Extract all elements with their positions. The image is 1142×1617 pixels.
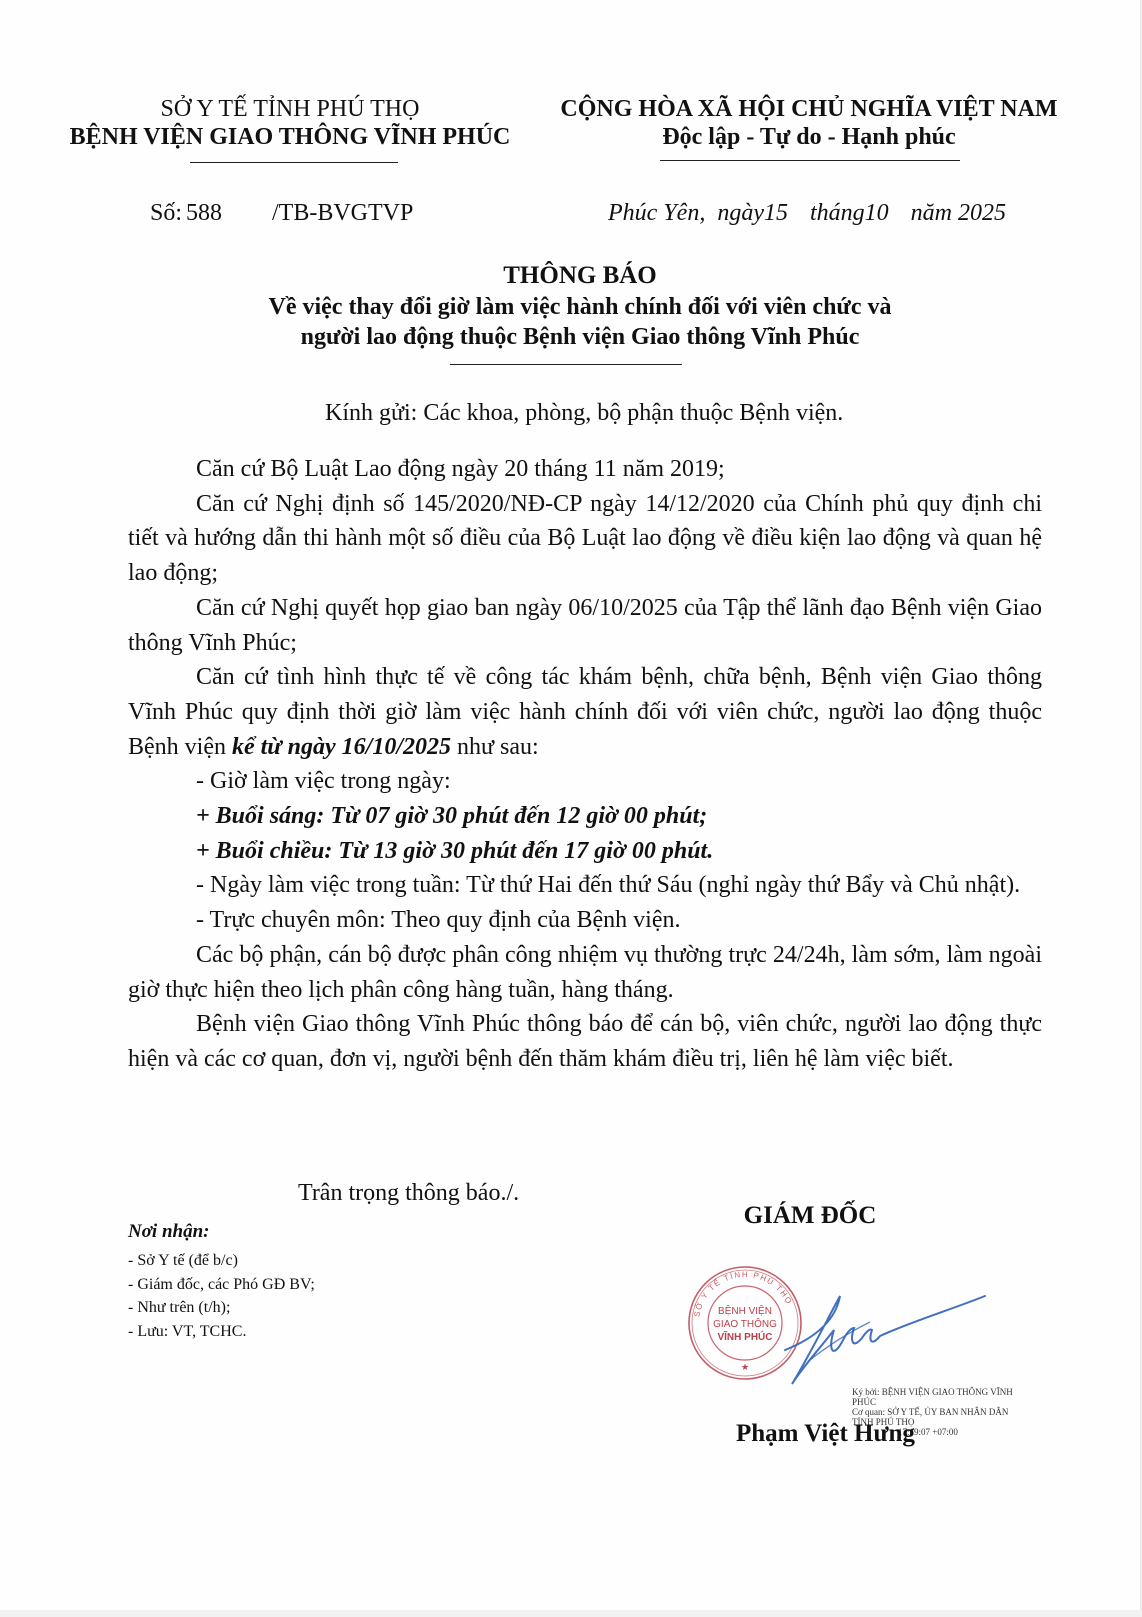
hours-label: - Giờ làm việc trong ngày: [128, 764, 1042, 799]
header-left-divider [190, 162, 398, 163]
signed-by: Ký bởi: BỆNH VIỆN GIAO THÔNG VĨNH PHÚC [852, 1387, 1022, 1407]
svg-text:BỆNH VIỆN: BỆNH VIỆN [718, 1304, 772, 1317]
recipient-item: - Giám đốc, các Phó GĐ BV; [128, 1273, 315, 1297]
document-subtitle-line1: Về việc thay đổi giờ làm việc hành chính… [60, 294, 1100, 321]
signer-position: GIÁM ĐỐC [700, 1202, 920, 1230]
on-duty: - Trực chuyên môn: Theo quy định của Bện… [128, 903, 1042, 938]
title-divider [450, 364, 682, 365]
nation-name: CỘNG HÒA XÃ HỘI CHỦ NGHĨA VIỆT NAM [540, 96, 1078, 123]
basis-situation: Căn cứ tình hình thực tế về công tác khá… [128, 660, 1042, 764]
header-right-divider [660, 160, 960, 161]
basis-decree: Căn cứ Nghị định số 145/2020/NĐ-CP ngày … [128, 487, 1042, 591]
greeting: Kính gửi: Các khoa, phòng, bộ phận thuộc… [325, 400, 843, 427]
basis-labor-code: Căn cứ Bộ Luật Lao động ngày 20 tháng 11… [128, 452, 1042, 487]
closing: Trân trọng thông báo./. [298, 1180, 519, 1207]
day-value: 15 [764, 200, 788, 226]
recipient-item: - Lưu: VT, TCHC. [128, 1320, 315, 1344]
signer-name: Phạm Việt Hưng [736, 1420, 915, 1448]
document-code: /TB-BVGTVP [272, 200, 413, 226]
month-label: tháng [810, 200, 865, 226]
shift-assignment: Các bộ phận, cán bộ được phân công nhiệm… [128, 938, 1042, 1007]
recipients-title: Nơi nhận: [128, 1221, 209, 1243]
svg-text:VĨNH PHÚC: VĨNH PHÚC [717, 1330, 772, 1343]
document-title: THÔNG BÁO [60, 262, 1100, 290]
document-number-value: 588 [182, 200, 272, 227]
year-label: năm [911, 200, 952, 226]
recipient-item: - Sở Y tế (để b/c) [128, 1249, 315, 1273]
document-subtitle-line2: người lao động thuộc Bệnh viện Giao thôn… [60, 324, 1100, 351]
recipients-list: - Sở Y tế (để b/c) - Giám đốc, các Phó G… [128, 1249, 315, 1343]
afternoon-hours: + Buổi chiều: Từ 13 giờ 30 phút đến 17 g… [128, 834, 1042, 869]
issue-place: Phúc Yên, [608, 200, 705, 226]
svg-text:★: ★ [741, 1363, 749, 1373]
working-days: - Ngày làm việc trong tuần: Từ thứ Hai đ… [128, 868, 1042, 903]
issue-date: Phúc Yên, ngày15tháng10năm 2025 [608, 200, 1006, 227]
organization-name: BỆNH VIỆN GIAO THÔNG VĨNH PHÚC [60, 124, 520, 151]
morning-hours: + Buổi sáng: Từ 07 giờ 30 phút đến 12 gi… [128, 799, 1042, 834]
document-number-label: Số: [150, 200, 182, 226]
notice-statement: Bệnh viện Giao thông Vĩnh Phúc thông báo… [128, 1007, 1042, 1076]
nation-motto: Độc lập - Tự do - Hạnh phúc [540, 124, 1078, 151]
day-label: ngày [717, 200, 764, 226]
handwritten-signature-icon [780, 1288, 990, 1388]
year-value: 2025 [958, 200, 1006, 226]
document-number: Số:588/TB-BVGTVP [150, 200, 413, 227]
svg-text:GIAO THÔNG: GIAO THÔNG [713, 1317, 777, 1330]
effective-date: kể từ ngày 16/10/2025 [232, 734, 451, 760]
basis-resolution: Căn cứ Nghị quyết họp giao ban ngày 06/1… [128, 591, 1042, 660]
document-body: Căn cứ Bộ Luật Lao động ngày 20 tháng 11… [128, 452, 1042, 1077]
agency-name: SỞ Y TẾ TỈNH PHÚ THỌ [60, 96, 520, 123]
situation-text-end: như sau: [451, 734, 539, 760]
recipient-item: - Như trên (t/h); [128, 1296, 315, 1320]
month-value: 10 [865, 200, 889, 226]
document-page: SỞ Y TẾ TỈNH PHÚ THỌ BỆNH VIỆN GIAO THÔN… [0, 0, 1141, 1610]
